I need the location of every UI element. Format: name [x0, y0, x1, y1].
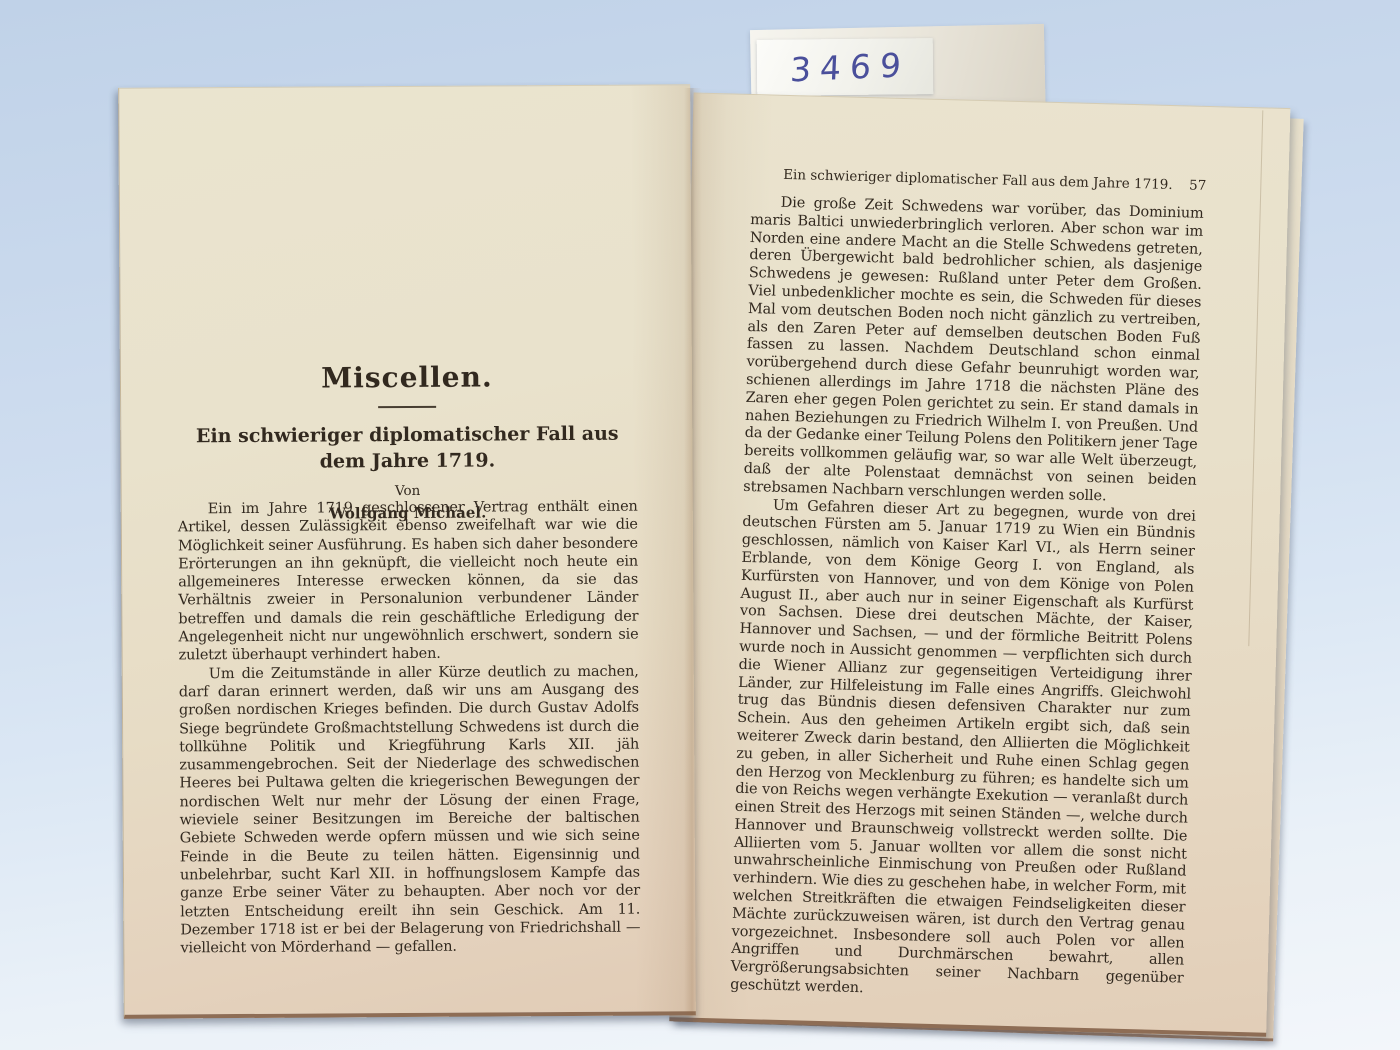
page-number: 57: [1189, 177, 1207, 193]
book-photo-background: 3469 Ein schwieriger diplomatischer Fall…: [0, 0, 1400, 1050]
left-page: Miscellen. Ein schwieriger diplomatische…: [118, 84, 696, 1018]
right-page-body: Die große Zeit Schwedens war vorüber, da…: [730, 194, 1204, 1006]
article-title: Ein schwieriger diplomatischer Fall aus …: [177, 421, 637, 476]
body-paragraph: Ein im Jahre 1719 geschlossener Vertrag …: [178, 498, 639, 665]
running-header: Ein schwieriger diplomatischer Fall aus …: [751, 166, 1204, 194]
right-page: Ein schwieriger diplomatischer Fall aus …: [669, 92, 1290, 1036]
left-page-body: Ein im Jahre 1719 geschlossener Vertrag …: [178, 498, 641, 958]
section-heading: Miscellen.: [177, 360, 637, 396]
heading-rule-divider: [378, 406, 436, 408]
running-header-title: Ein schwieriger diplomatischer Fall aus …: [783, 167, 1173, 193]
body-paragraph: Die große Zeit Schwedens war vorüber, da…: [743, 194, 1204, 508]
inventory-sticker: 3469: [757, 38, 934, 96]
under-sheet-edge-line: [1248, 110, 1263, 646]
body-paragraph: Um Gefahren dieser Art zu begegnen, wurd…: [730, 496, 1196, 1006]
inventory-number: 3469: [779, 44, 910, 89]
body-paragraph: Um die Zeitumstände in aller Kürze deutl…: [179, 662, 641, 958]
